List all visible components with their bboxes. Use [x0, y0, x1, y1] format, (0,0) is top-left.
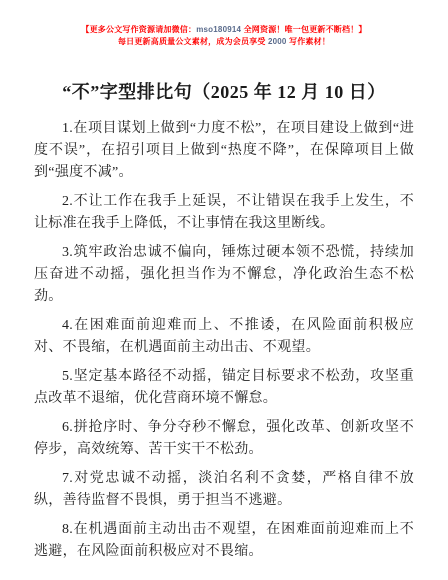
watermark-material-count: 2000 — [268, 37, 287, 46]
watermark-line1-suffix: 全网资源！唯一包更新不断档！】 — [241, 25, 366, 34]
watermark-line-2: 每日更新高质量公文素材，成为会员享受 2000 写作素材！ — [34, 36, 414, 48]
watermark-line2-suffix: 写作素材！ — [287, 37, 330, 46]
document-title: “不”字型排比句（2025 年 12 月 10 日） — [34, 78, 414, 104]
watermark-header: 【更多公文写作资源请加微信：mso180914 全网资源！唯一包更新不断档！】 … — [34, 24, 414, 48]
paragraph-2: 2.不让工作在我手上延误，不让错误在我手上发生，不让标准在我手上降低，不让事情在… — [34, 191, 414, 235]
paragraph-3: 3.筑牢政治忠诚不偏向，锤炼过硬本领不恐慌，持续加压奋进不动摇，强化担当作为不懈… — [34, 242, 414, 308]
document-body: 1.在项目谋划上做到“力度不松”，在项目建设上做到“进度不误”，在招引项目上做到… — [34, 118, 414, 563]
watermark-line-1: 【更多公文写作资源请加微信：mso180914 全网资源！唯一包更新不断档！】 — [34, 24, 414, 36]
watermark-line1-prefix: 【更多公文写作资源请加微信： — [81, 25, 196, 34]
paragraph-5: 5.坚定基本路径不动摇，锚定目标要求不松劲，攻坚重点改革不退缩，优化营商环境不懈… — [34, 366, 414, 410]
watermark-wechat-account: mso180914 — [196, 25, 241, 34]
paragraph-7: 7.对党忠诚不动摇，淡泊名利不贪婪，严格自律不放纵，善待监督不畏惧，勇于担当不逃… — [34, 468, 414, 512]
document-page: 【更多公文写作资源请加微信：mso180914 全网资源！唯一包更新不断档！】 … — [0, 0, 448, 580]
paragraph-4: 4.在困难面前迎难而上、不推诿，在风险面前积极应对、不畏缩，在机遇面前主动出击、… — [34, 315, 414, 359]
watermark-line2-prefix: 每日更新高质量公文素材，成为会员享受 — [118, 37, 268, 46]
page-number: 1 — [0, 547, 448, 558]
paragraph-6: 6.拼抢序时、争分夺秒不懈怠，强化改革、创新攻坚不停步，高效统筹、苦干实干不松劲… — [34, 417, 414, 461]
paragraph-1: 1.在项目谋划上做到“力度不松”，在项目建设上做到“进度不误”，在招引项目上做到… — [34, 118, 414, 184]
